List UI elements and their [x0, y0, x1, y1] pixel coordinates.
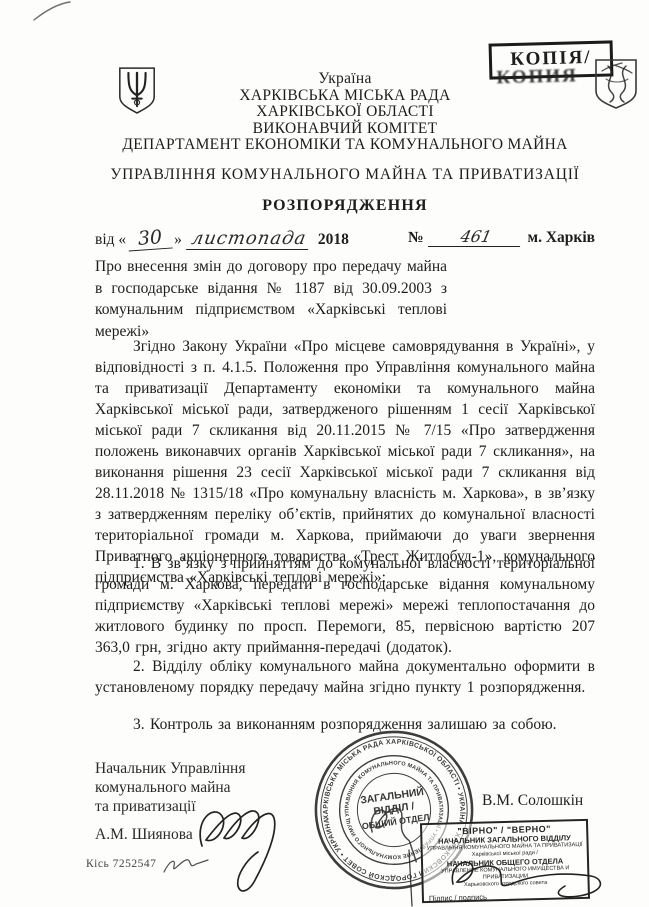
- order-item-1: 1. В зв’язку з прийняттям до комунальної…: [95, 553, 595, 658]
- order-item-2: 2. Відділу обліку комунального майна док…: [95, 656, 595, 698]
- subject-paragraph: Про внесення змін до договору про переда…: [95, 256, 447, 342]
- executor-initials-mark: [160, 852, 212, 880]
- header-department: ДЕПАРТАМЕНТ ЕКОНОМІКИ ТА КОМУНАЛЬНОГО МА…: [70, 137, 620, 154]
- certifier-name: В.М. Солошкін: [482, 792, 583, 810]
- signer-name: А.М. Шиянова: [95, 826, 193, 844]
- header-oblast: ХАРКІВСЬКОЇ ОБЛАСТІ: [70, 104, 620, 121]
- certification-stamp-signature-label: Підпис / подпись: [424, 890, 588, 903]
- handwritten-month: листопада: [186, 228, 312, 250]
- date-quote-close: »: [174, 231, 182, 248]
- signer-signature: [188, 790, 308, 900]
- certification-stamp: "ВІРНО" / "ВЕРНО" НАЧАЛЬНИК ЗАГАЛЬНОГО В…: [420, 819, 590, 903]
- date-year: 2018: [318, 231, 349, 248]
- intro-paragraph: Згідно Закону України «Про місцеве самов…: [95, 336, 595, 588]
- city-label: м. Харків: [528, 229, 595, 246]
- scanned-order-document: Україна ХАРКІВСЬКА МІСЬКА РАДА ХАРКІВСЬК…: [0, 0, 649, 907]
- pen-mark: [26, 0, 86, 26]
- header-council: ХАРКІВСЬКА МІСЬКА РАДА: [70, 88, 620, 105]
- date-group: від «30»листопада2018: [95, 227, 349, 250]
- document-type-title: РОЗПОРЯДЖЕННЯ: [70, 197, 620, 215]
- header-committee: ВИКОНАВЧИЙ КОМІТЕТ: [70, 121, 620, 138]
- handwritten-day: 30: [127, 225, 172, 251]
- kharkiv-coat-of-arms-stamp: [588, 57, 644, 111]
- number-group: №461м. Харків: [408, 227, 595, 247]
- executor-contact: Кісь 7252547: [86, 858, 156, 870]
- dateline: від «30»листопада2018 №461м. Харків: [95, 227, 595, 253]
- header-office: УПРАВЛІННЯ КОМУНАЛЬНОГО МАЙНА ТА ПРИВАТИ…: [70, 166, 620, 184]
- copy-stamp-russian: КОПИЯ: [496, 65, 578, 89]
- number-label: №: [408, 229, 424, 246]
- handwritten-number: 461: [427, 227, 523, 247]
- signer-title-line1: Начальник Управління: [95, 759, 315, 778]
- date-prefix: від «: [95, 231, 126, 248]
